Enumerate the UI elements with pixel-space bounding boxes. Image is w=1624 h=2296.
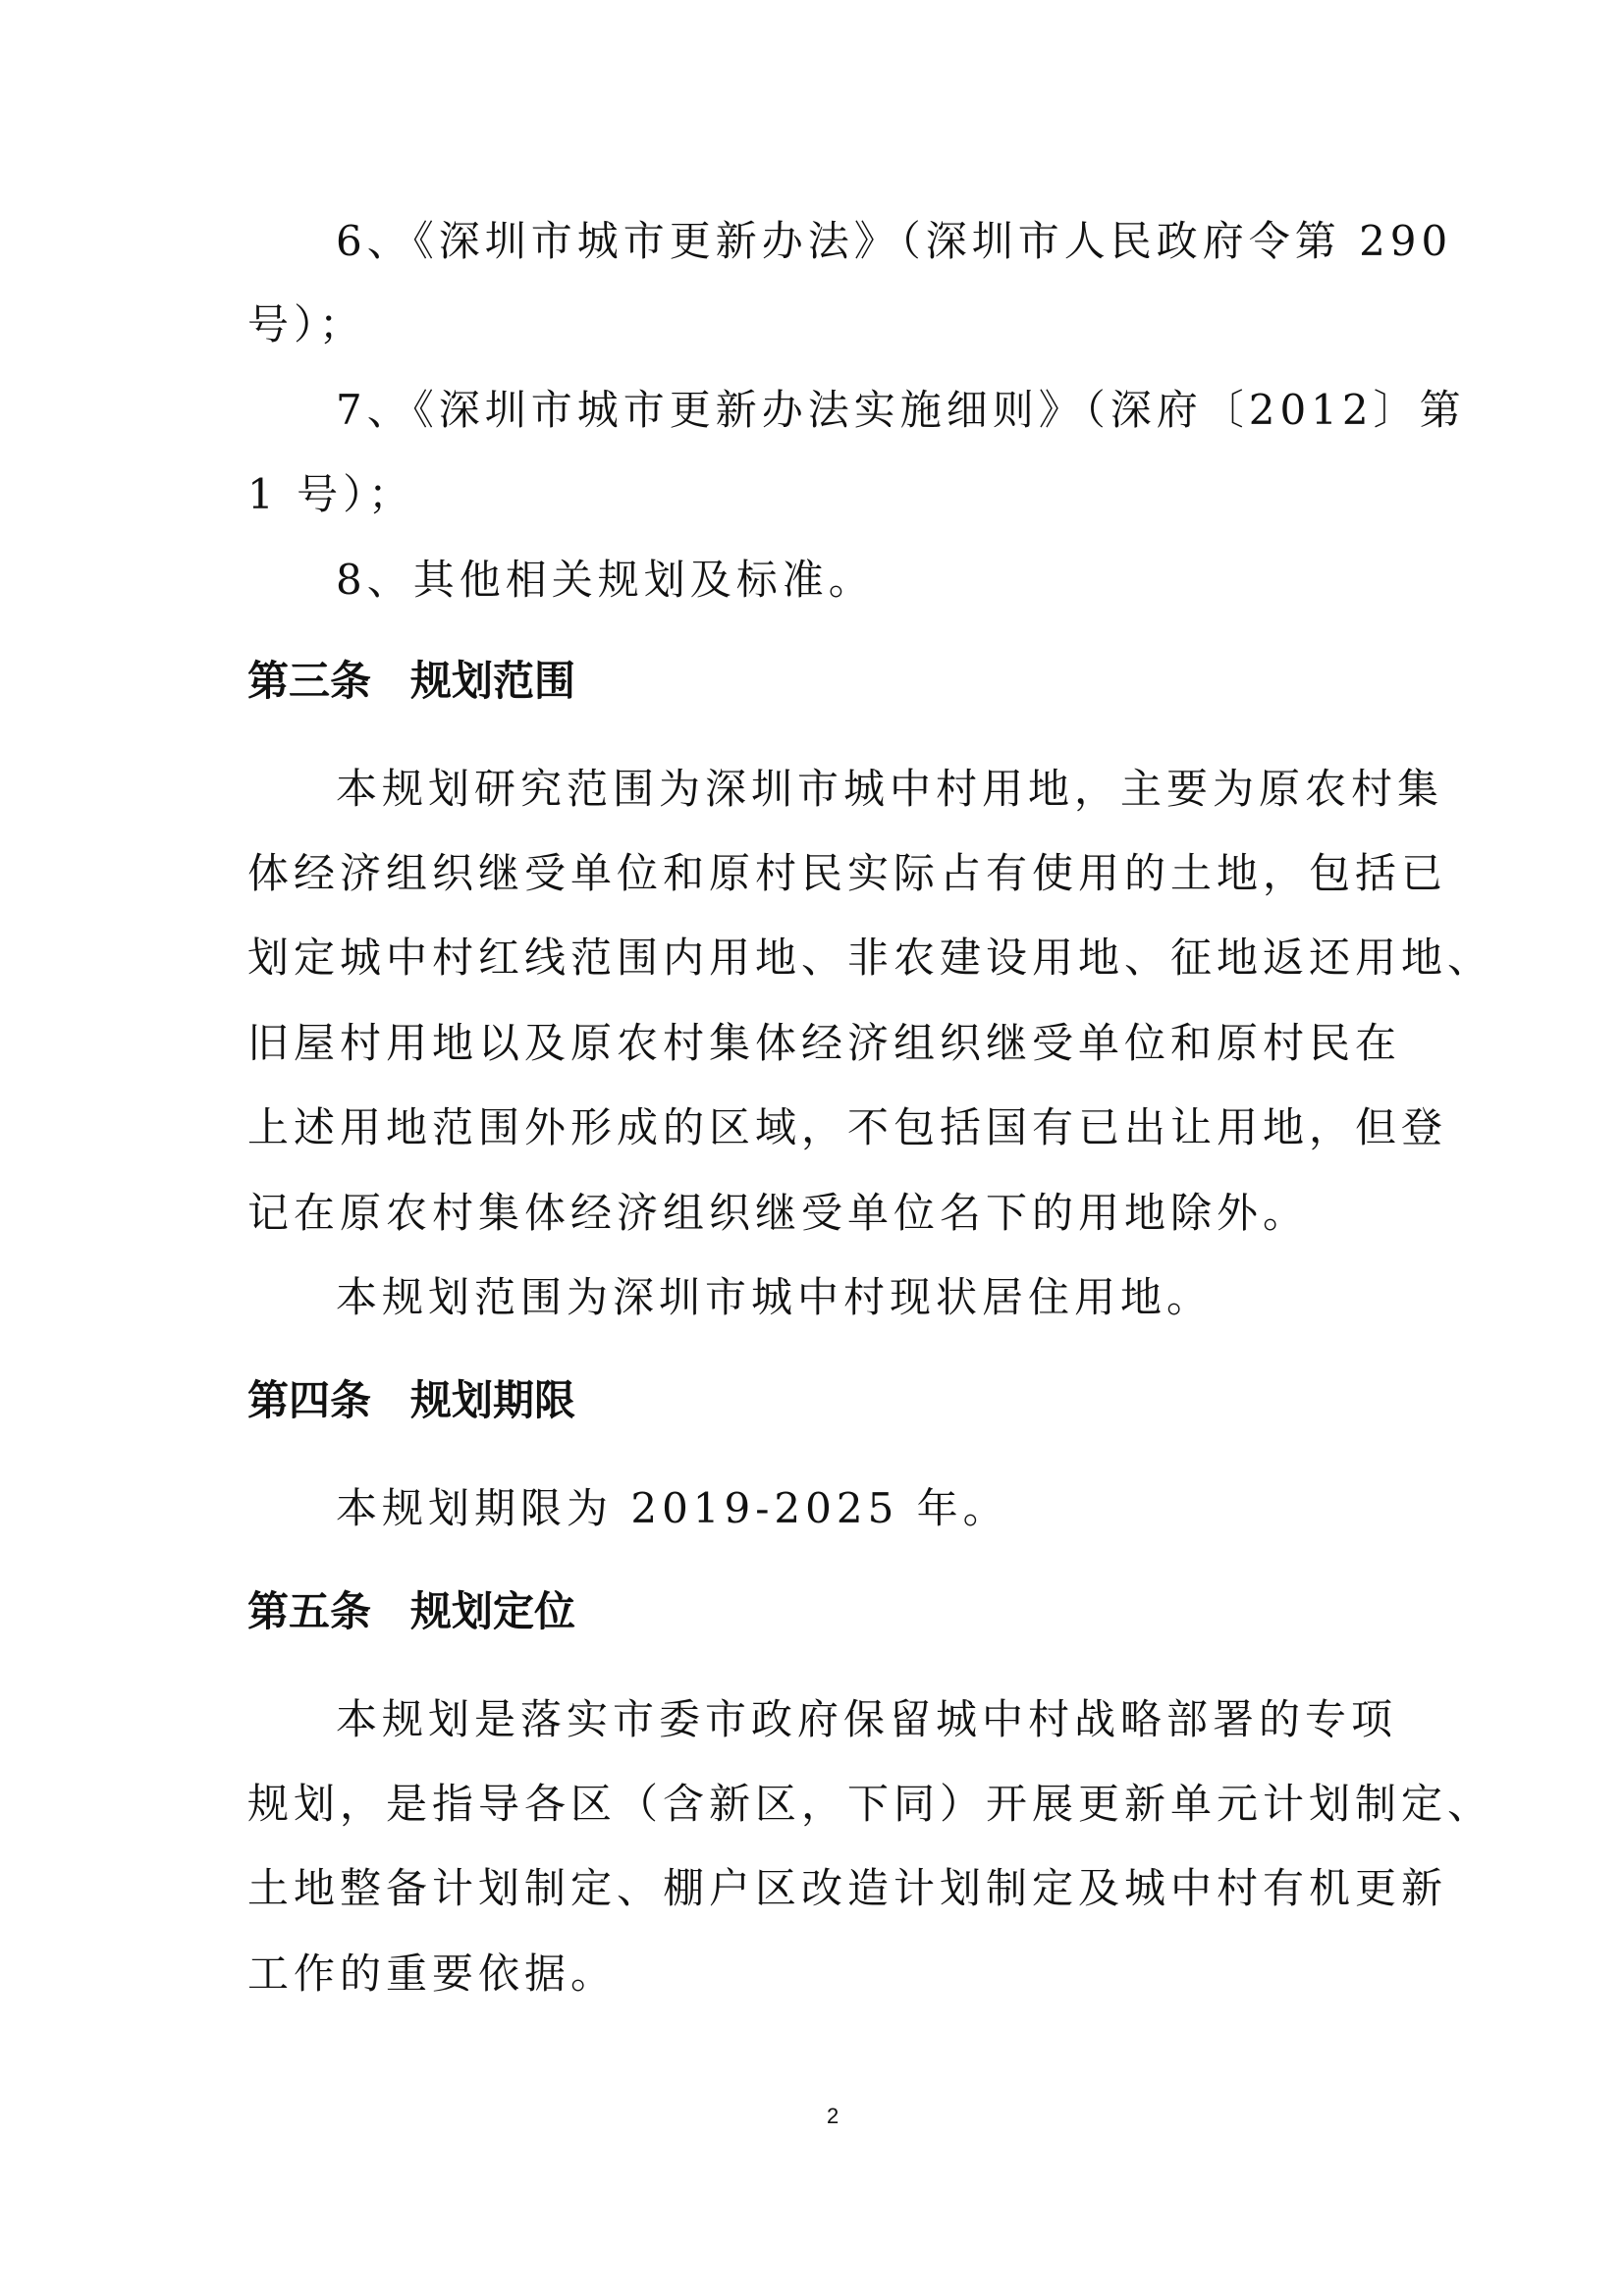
paragraph-line: 本规划研究范围为深圳市城中村用地，主要为原农村集 [336,766,1381,813]
list-item-7-line-1: 7、《深圳市城市更新办法实施细则》（深府〔2012〕第 [336,387,1381,434]
paragraph-line: 旧屋村用地以及原农村集体经济组织继受单位和原村民在 [247,1020,1381,1067]
section-title: 规划期限 [410,1376,575,1424]
section-heading-4: 第四条规划期限 [247,1377,575,1424]
paragraph-line: 土地整备计划制定、棚户区改造计划制定及城中村有机更新 [247,1865,1381,1912]
list-item-8: 8、其他相关规划及标准。 [336,557,1475,604]
paragraph-line: 本规划期限为 2019-2025 年。 [336,1485,1475,1532]
section-heading-3: 第三条规划范围 [247,658,575,705]
list-item-6-line-1: 6、《深圳市城市更新办法》（深圳市人民政府令第 290 [336,218,1381,265]
section-title: 规划定位 [410,1587,575,1635]
paragraph-line: 本规划范围为深圳市城中村现状居住用地。 [336,1274,1475,1321]
section-title: 规划范围 [410,657,575,705]
section-heading-5: 第五条规划定位 [247,1588,575,1635]
paragraph-line: 体经济组织继受单位和原村民实际占有使用的土地，包括已 [247,850,1381,897]
list-item-6-line-2: 号）； [247,301,1386,348]
page-number: 2 [827,2104,839,2129]
section-number: 第四条 [247,1376,371,1424]
paragraph-line: 本规划是落实市委市政府保留城中村战略部署的专项 [336,1696,1381,1743]
paragraph-line: 记在原农村集体经济组织继受单位名下的用地除外。 [247,1190,1386,1237]
section-number: 第三条 [247,657,371,705]
paragraph-line: 划定城中村红线范围内用地、非农建设用地、征地返还用地、 [247,934,1381,982]
paragraph-line: 工作的重要依据。 [247,1950,1386,1998]
list-item-7-line-2: 1 号）； [247,471,1386,518]
section-number: 第五条 [247,1587,371,1635]
paragraph-line: 上述用地范围外形成的区域，不包括国有已出让用地，但登 [247,1104,1381,1151]
document-page: 6、《深圳市城市更新办法》（深圳市人民政府令第 290 号）； 7、《深圳市城市… [0,0,1624,2296]
paragraph-line: 规划，是指导各区（含新区，下同）开展更新单元计划制定、 [247,1781,1381,1828]
